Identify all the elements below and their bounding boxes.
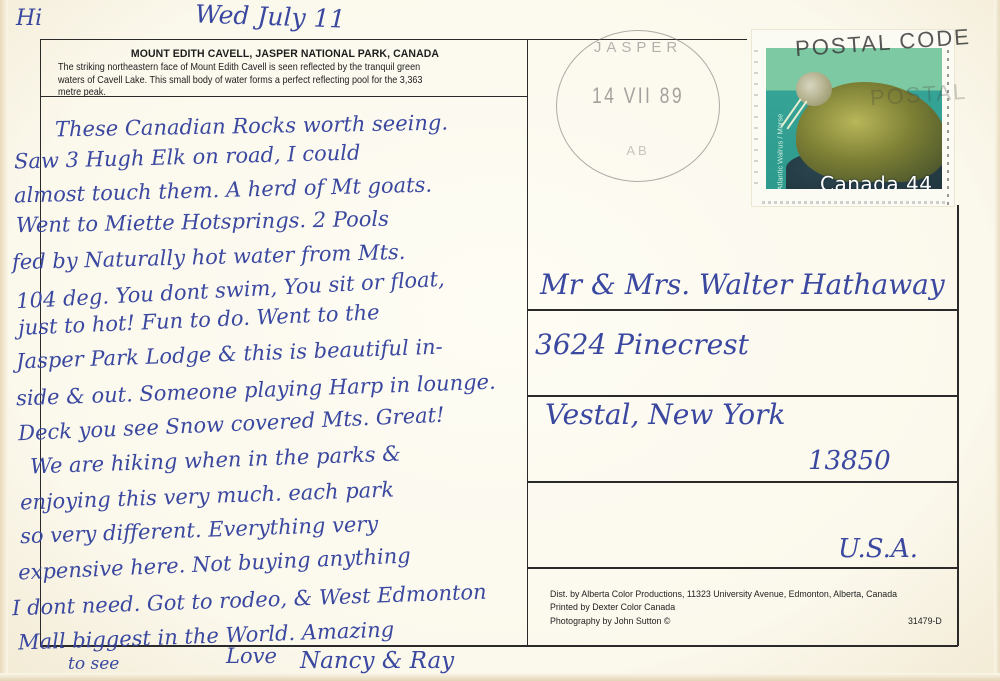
message-line: These Canadian Rocks worth seeing. <box>55 111 448 142</box>
date-written: Wed July 11 <box>195 0 346 34</box>
caption-line: metre peak. <box>58 87 524 100</box>
card-edge-left <box>0 0 8 681</box>
message-line: Went to Miette Hotsprings. 2 Pools <box>16 207 389 238</box>
caption-body: The striking northeastern face of Mount … <box>58 62 524 100</box>
message-line: to see <box>68 654 119 674</box>
postmark-province: AB <box>557 143 719 158</box>
message-line: Saw 3 Hugh Elk on road, I could <box>14 140 361 173</box>
signature: Nancy & Ray <box>300 648 454 674</box>
photo-caption: MOUNT EDITH CAVELL, JASPER NATIONAL PARK… <box>50 48 520 100</box>
recipient-street: 3624 Pinecrest <box>535 328 749 361</box>
address-rule-1 <box>527 309 958 311</box>
stamp-country-value: Canada 44 <box>820 172 932 189</box>
message-line: almost touch them. A herd of Mt goats. <box>14 173 433 208</box>
message-line: Deck you see Snow covered Mts. Great! <box>18 403 445 446</box>
card-edge-right <box>994 0 1000 681</box>
postcard-back: MOUNT EDITH CAVELL, JASPER NATIONAL PARK… <box>0 0 1000 681</box>
recipient-name: Mr & Mrs. Walter Hathaway <box>540 268 945 301</box>
message-line: Jasper Park Lodge & this is beautiful in… <box>16 335 443 374</box>
frame-left-rule <box>40 39 41 646</box>
caption-line: The striking northeastern face of Mount … <box>58 62 524 75</box>
caption-line: waters of Cavell Lake. This small body o… <box>58 75 524 88</box>
caption-title: MOUNT EDITH CAVELL, JASPER NATIONAL PARK… <box>69 48 501 60</box>
recipient-country: U.S.A. <box>838 534 918 564</box>
credit-printer: Printed by Dexter Color Canada <box>550 601 911 614</box>
stamp-species-label: Atlantic Walrus / Morse <box>776 71 785 190</box>
credit-distributor: Dist. by Alberta Color Productions, 1132… <box>550 588 911 601</box>
message-line: fed by Naturally hot water from Mts. <box>12 240 406 274</box>
address-rule-4 <box>527 567 958 569</box>
postmark-date: 14 VII 89 <box>573 83 703 109</box>
credit-photographer: Photography by John Sutton © <box>550 615 670 628</box>
center-divider <box>527 39 528 646</box>
stamp-perforation-left <box>754 50 758 190</box>
card-code: 31479-D <box>908 615 942 628</box>
stamp-country: Canada <box>820 172 899 189</box>
publisher-credits: Dist. by Alberta Color Productions, 1132… <box>550 588 942 628</box>
greeting: Hi <box>16 6 42 31</box>
recipient-zip: 13850 <box>808 446 891 476</box>
message-line: expensive here. Not buying anything <box>18 543 411 584</box>
message-line: We are hiking when in the parks & <box>30 442 402 479</box>
walrus-head-shape <box>796 72 832 106</box>
message-line: I dont need. Got to rodeo, & West Edmont… <box>12 580 487 621</box>
message-line: enjoying this very much. each park <box>20 477 395 514</box>
signoff: Love <box>226 644 277 668</box>
address-rule-2 <box>527 395 958 397</box>
stamp-perforation-bottom <box>762 201 948 204</box>
message-line: so very different. Everything very <box>20 512 379 548</box>
address-rule-3 <box>527 481 958 483</box>
postmark-town: JASPER <box>557 39 719 56</box>
stamp-perforation-right <box>947 50 949 210</box>
stamp-value: 44 <box>906 172 932 189</box>
postmark: JASPER 14 VII 89 AB <box>556 30 720 182</box>
walrus-illustration: Atlantic Walrus / Morse Canada 44 <box>766 48 942 189</box>
recipient-city-state: Vestal, New York <box>545 398 786 431</box>
card-edge-bottom <box>0 673 1000 681</box>
frame-right-rule <box>957 205 959 646</box>
